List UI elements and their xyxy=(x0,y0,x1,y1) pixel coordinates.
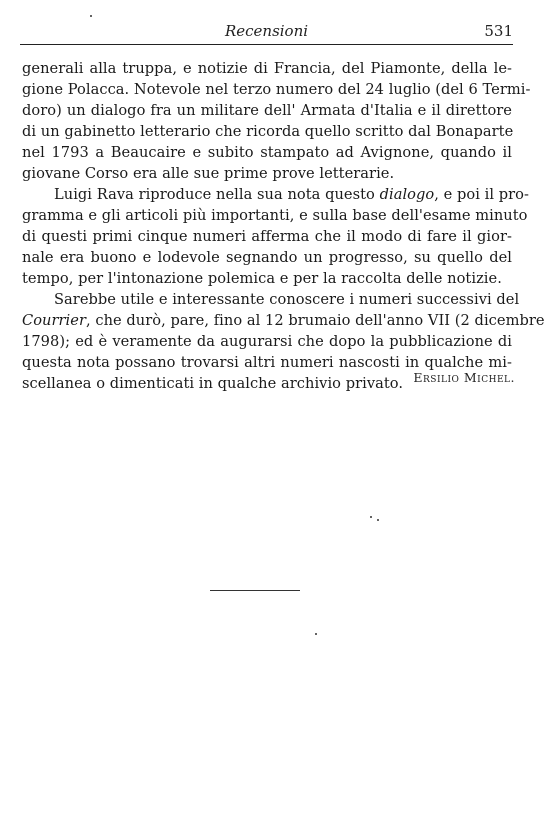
italic-title: Courrier xyxy=(22,312,86,329)
text-span: Luigi Rava riproduce nella sua nota ques… xyxy=(54,186,380,203)
signature-text: Ersilio Michel. xyxy=(413,370,517,385)
page-header: Recensioni 531 xyxy=(20,20,513,45)
text-line: generali alla truppa, e notizie di Franc… xyxy=(22,58,512,79)
text-line: gramma e gli articoli più importanti, e … xyxy=(22,205,512,226)
text-line: giovane Corso era alle sue prime prove l… xyxy=(22,163,512,184)
text-span: , e poi il pro- xyxy=(434,186,529,203)
scan-speck xyxy=(377,519,379,521)
page-number: 531 xyxy=(484,22,513,40)
text-line: Luigi Rava riproduce nella sua nota ques… xyxy=(22,184,512,205)
paragraph-2: Luigi Rava riproduce nella sua nota ques… xyxy=(22,184,512,289)
paragraph-1: generali alla truppa, e notizie di Franc… xyxy=(22,58,512,184)
italic-title: dialogo xyxy=(380,186,435,203)
text-line: tempo, per l'intonazione polemica e per … xyxy=(22,268,512,289)
text-line: nale era buono e lodevole segnando un pr… xyxy=(22,247,512,268)
author-signature: Ersilio Michel. xyxy=(0,370,517,385)
text-line: nel 1793 a Beaucaire e subito stampato a… xyxy=(22,142,512,163)
running-title: Recensioni xyxy=(20,22,513,40)
text-line: 1798); ed è veramente da augurarsi che d… xyxy=(22,331,512,352)
text-line: Courrier, che durò, pare, fino al 12 bru… xyxy=(22,310,512,331)
article-body: generali alla truppa, e notizie di Franc… xyxy=(22,58,512,394)
scan-speck xyxy=(90,15,92,17)
text-line: gione Polacca. Notevole nel terzo numero… xyxy=(22,79,512,100)
text-line: di un gabinetto letterario che ricorda q… xyxy=(22,121,512,142)
section-end-rule xyxy=(210,590,300,591)
scan-speck xyxy=(315,633,317,635)
text-line: di questi primi cinque numeri afferma ch… xyxy=(22,226,512,247)
scan-speck xyxy=(370,516,372,518)
text-line: doro) un dialogo fra un militare dell' A… xyxy=(22,100,512,121)
text-line: Sarebbe utile e interessante conoscere i… xyxy=(22,289,512,310)
text-span: , che durò, pare, fino al 12 brumaio del… xyxy=(86,312,545,329)
